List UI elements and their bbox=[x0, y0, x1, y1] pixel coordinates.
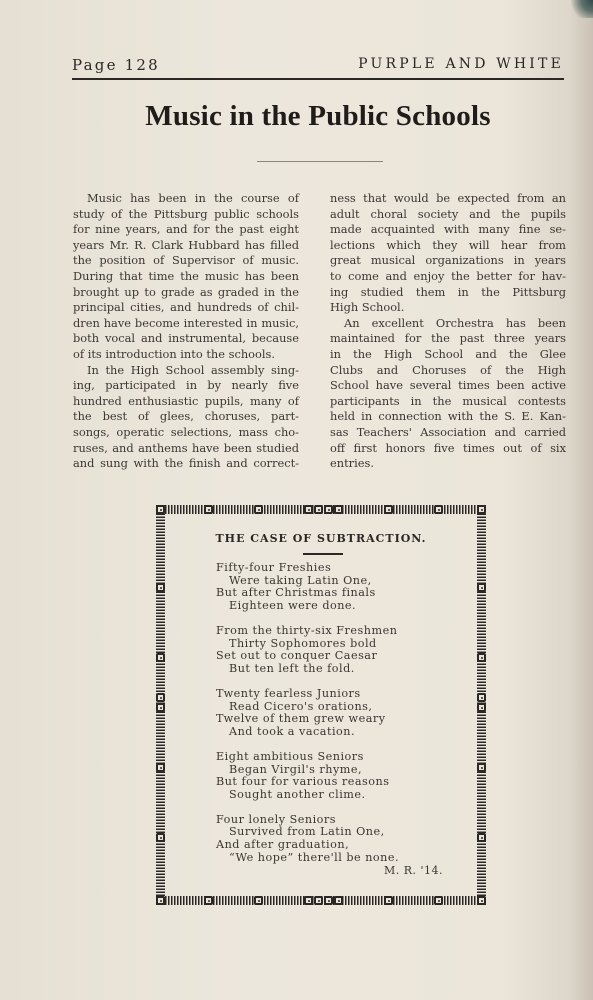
rosette-ornament-icon bbox=[477, 896, 486, 905]
rosette-ornament-icon bbox=[156, 693, 165, 702]
text-line: to come and enjoy the better for hav- bbox=[330, 269, 566, 285]
paragraph: In the High School assembly sing- ing, p… bbox=[73, 363, 299, 472]
text-line: made acquainted with many fine se- bbox=[330, 222, 566, 238]
rosette-ornament-icon bbox=[204, 505, 213, 514]
paragraph: ness that would be expected from an adul… bbox=[330, 191, 566, 316]
text-line: for nine years, and for the past eight bbox=[73, 222, 299, 238]
verse-line: Sought another clime. bbox=[216, 789, 456, 802]
text-line: sas Teachers' Association and carried bbox=[330, 425, 566, 441]
rosette-ornament-icon bbox=[156, 896, 165, 905]
publication-title: PURPLE AND WHITE bbox=[358, 56, 564, 72]
rosette-ornament-icon bbox=[156, 763, 165, 772]
text-line: School have several times been active bbox=[330, 378, 566, 394]
rosette-ornament-icon bbox=[334, 896, 343, 905]
verse-line: But after Christmas finals bbox=[216, 587, 456, 600]
running-header: Page 128 PURPLE AND WHITE bbox=[72, 56, 564, 80]
rosette-ornament-icon bbox=[434, 896, 443, 905]
rosette-ornament-icon bbox=[477, 505, 486, 514]
text-line: both vocal and instrumental, because bbox=[73, 331, 299, 347]
page-corner-shadow bbox=[571, 0, 593, 18]
text-line: songs, operatic selections, mass cho- bbox=[73, 425, 299, 441]
text-line: off first honors five times out of six bbox=[330, 441, 566, 457]
text-line: maintained for the past three years bbox=[330, 331, 566, 347]
verse-line: And took a vacation. bbox=[216, 726, 456, 739]
verse-line: “We hope” there'll be none. bbox=[216, 852, 456, 865]
scanned-page: Page 128 PURPLE AND WHITE Music in the P… bbox=[0, 0, 593, 1000]
rosette-ornament-icon bbox=[314, 896, 323, 905]
text-line: years Mr. R. Clark Hubbard has filled bbox=[73, 238, 299, 254]
text-line: in the High School and the Glee bbox=[330, 347, 566, 363]
text-line: ing, participated in by nearly five bbox=[73, 378, 299, 394]
verse-line: Twelve of them grew weary bbox=[216, 713, 456, 726]
verse-line: Set out to conquer Caesar bbox=[216, 650, 456, 663]
text-line: hundred enthusiastic pupils, many of bbox=[73, 394, 299, 410]
text-line: ing studied them in the Pittsburg bbox=[330, 285, 566, 301]
text-line: the position of Supervisor of music. bbox=[73, 253, 299, 269]
rosette-ornament-icon bbox=[477, 833, 486, 842]
verse-line: Eighteen were done. bbox=[216, 600, 456, 613]
text-line: In the High School assembly sing- bbox=[73, 363, 299, 379]
text-line: great musical organizations in years bbox=[330, 253, 566, 269]
poem-stanzas: Fifty-four Freshies Were taking Latin On… bbox=[216, 562, 456, 877]
stanza: Four lonely Seniors Survived from Latin … bbox=[216, 814, 456, 864]
text-line: During that time the music has been bbox=[73, 269, 299, 285]
text-line: ruses, and anthems have been studied bbox=[73, 441, 299, 457]
verse-line: But four for various reasons bbox=[216, 776, 456, 789]
verse-line: Fifty-four Freshies bbox=[216, 562, 456, 575]
stanza: Eight ambitious Seniors Began Virgil's r… bbox=[216, 751, 456, 801]
rosette-ornament-icon bbox=[384, 505, 393, 514]
article-column-left: Music has been in the course of study of… bbox=[73, 191, 299, 472]
text-line: study of the Pittsburg public schools bbox=[73, 207, 299, 223]
text-line: entries. bbox=[330, 456, 566, 472]
rosette-ornament-icon bbox=[477, 653, 486, 662]
article-column-right: ness that would be expected from an adul… bbox=[330, 191, 566, 472]
verse-line: And after graduation, bbox=[216, 839, 456, 852]
paragraph: Music has been in the course of study of… bbox=[73, 191, 299, 363]
rosette-ornament-icon bbox=[254, 505, 263, 514]
poem-title-divider bbox=[303, 553, 343, 555]
text-line: High School. bbox=[330, 300, 566, 316]
stanza: Fifty-four Freshies Were taking Latin On… bbox=[216, 562, 456, 612]
text-line: lections which they will hear from bbox=[330, 238, 566, 254]
text-line: adult choral society and the pupils bbox=[330, 207, 566, 223]
stanza: From the thirty-six Freshmen Thirty Soph… bbox=[216, 625, 456, 675]
text-line: held in connection with the S. E. Kan- bbox=[330, 409, 566, 425]
rosette-ornament-icon bbox=[324, 896, 333, 905]
text-line: Clubs and Choruses of the High bbox=[330, 363, 566, 379]
stanza: Twenty fearless Juniors Read Cicero's or… bbox=[216, 688, 456, 738]
verse-line: From the thirty-six Freshmen bbox=[216, 625, 456, 638]
rosette-ornament-icon bbox=[304, 505, 313, 514]
rosette-ornament-icon bbox=[324, 505, 333, 514]
text-line: of its introduction into the schools. bbox=[73, 347, 299, 363]
text-line: and sung with the finish and correct- bbox=[73, 456, 299, 472]
text-line: Music has been in the course of bbox=[73, 191, 299, 207]
rosette-ornament-icon bbox=[434, 505, 443, 514]
text-line: An excellent Orchestra has been bbox=[330, 316, 566, 332]
text-line: principal cities, and hundreds of chil- bbox=[73, 300, 299, 316]
verse-line: Twenty fearless Juniors bbox=[216, 688, 456, 701]
rosette-ornament-icon bbox=[334, 505, 343, 514]
rosette-ornament-icon bbox=[156, 653, 165, 662]
poem-signature: M. R. '14. bbox=[156, 864, 443, 877]
text-line: ness that would be expected from an bbox=[330, 191, 566, 207]
rosette-ornament-icon bbox=[156, 833, 165, 842]
rosette-ornament-icon bbox=[156, 703, 165, 712]
rosette-ornament-icon bbox=[156, 505, 165, 514]
rosette-ornament-icon bbox=[477, 583, 486, 592]
poem-box: THE CASE OF SUBTRACTION. Fifty-four Fres… bbox=[156, 505, 486, 905]
rosette-ornament-icon bbox=[314, 505, 323, 514]
rosette-ornament-icon bbox=[384, 896, 393, 905]
page-number: Page 128 bbox=[72, 56, 160, 74]
rosette-ornament-icon bbox=[477, 703, 486, 712]
text-line: the best of glees, choruses, part- bbox=[73, 409, 299, 425]
article-title: Music in the Public Schools bbox=[72, 100, 564, 133]
poem-title: THE CASE OF SUBTRACTION. bbox=[156, 532, 486, 545]
verse-line: Eight ambitious Seniors bbox=[216, 751, 456, 764]
text-line: participants in the musical contests bbox=[330, 394, 566, 410]
text-line: brought up to grade as graded in the bbox=[73, 285, 299, 301]
rosette-ornament-icon bbox=[156, 583, 165, 592]
rosette-ornament-icon bbox=[304, 896, 313, 905]
paragraph: An excellent Orchestra has been maintain… bbox=[330, 316, 566, 472]
verse-line: But ten left the fold. bbox=[216, 663, 456, 676]
rosette-ornament-icon bbox=[477, 763, 486, 772]
title-divider bbox=[257, 161, 383, 162]
rosette-ornament-icon bbox=[254, 896, 263, 905]
rosette-ornament-icon bbox=[204, 896, 213, 905]
rosette-ornament-icon bbox=[477, 693, 486, 702]
text-line: dren have become interested in music, bbox=[73, 316, 299, 332]
